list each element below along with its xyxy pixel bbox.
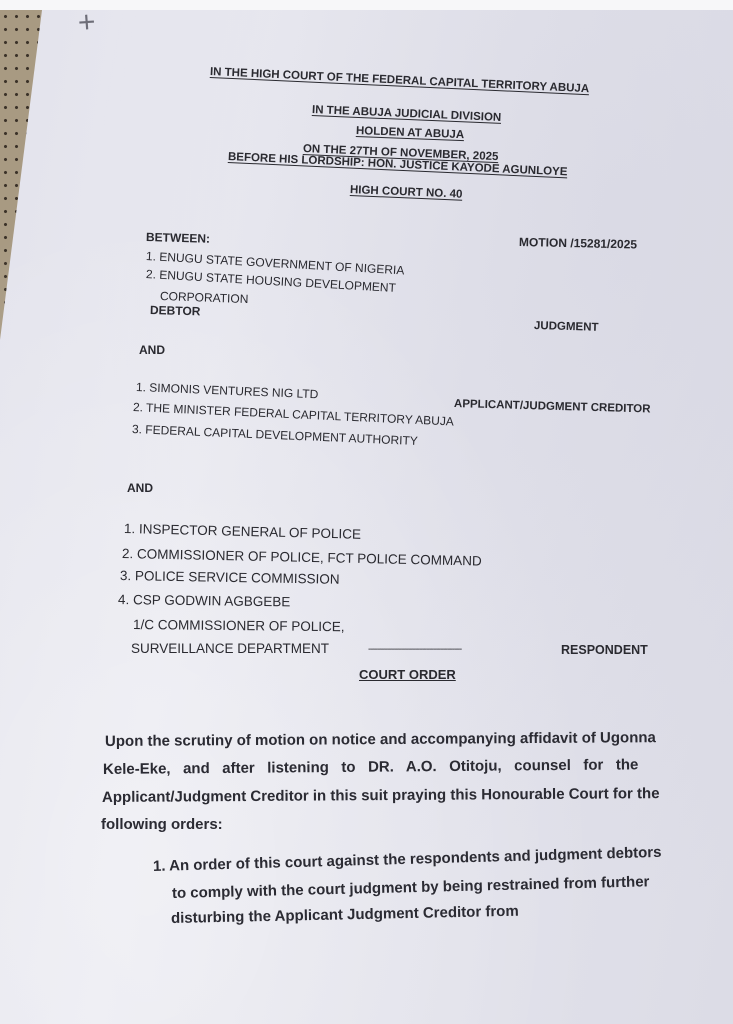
debtor-role: DEBTOR [150, 303, 201, 318]
respondent-role: RESPONDENT [561, 643, 648, 657]
respondent-dashes: ---------------------------------------- [368, 644, 461, 655]
respondent-item: SURVEILLANCE DEPARTMENT [131, 641, 329, 656]
between-label: BETWEEN: [146, 230, 210, 246]
respondent-item: 1/C COMMISSIONER OF POLICE, [133, 617, 345, 634]
and-separator: AND [127, 481, 153, 495]
and-separator: AND [139, 343, 165, 357]
motion-number: MOTION /15281/2025 [519, 235, 637, 251]
court-order-title: COURT ORDER [359, 667, 456, 682]
respondent-item: 4. CSP GODWIN AGBGEBE [118, 592, 290, 609]
debtor-role-judgment: JUDGMENT [534, 320, 599, 334]
corner-cross-mark: + [77, 5, 97, 40]
top-strip [0, 0, 733, 10]
preamble-line: following orders: [101, 816, 223, 833]
